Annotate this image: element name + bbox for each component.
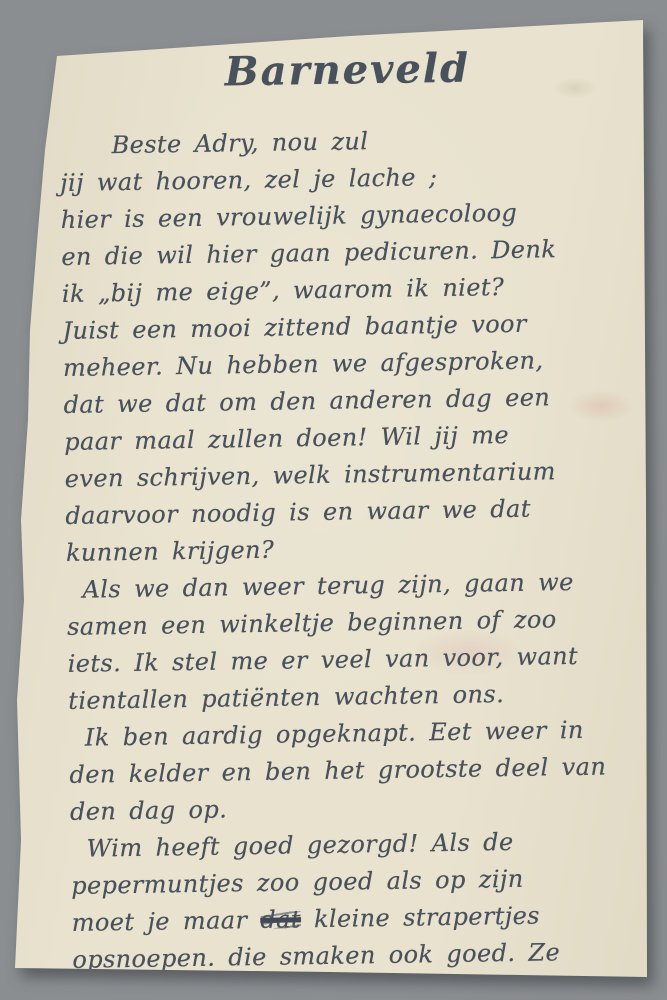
line-text: meheer. Nu hebben we afgesproken, <box>63 346 544 382</box>
letter-paper: Barneveld Beste Adry, nou zuljij wat hoo… <box>0 0 667 1000</box>
line-text: tientallen patiënten wachten ons. <box>68 680 504 715</box>
crossed-out-word: dat <box>260 905 301 934</box>
line-text: pepermuntjes zoo goed als op zijn <box>71 865 524 900</box>
letter-heading: Barneveld <box>58 37 637 104</box>
line-text: Als we dan weer terug zijn, gaan we <box>82 568 574 604</box>
line-text: paar maal zullen doen! Wil jij me <box>64 421 509 456</box>
letter-line: opsnoepen. die smaken ook goed. Ze <box>72 933 651 979</box>
letter-content: Barneveld Beste Adry, nou zuljij wat hoo… <box>58 37 651 979</box>
line-text: Ik ben aardig opgeknapt. Eet weer in <box>85 716 584 752</box>
line-text: dat we dat om den anderen dag een <box>63 383 550 419</box>
line-text: moet je maar <box>72 906 261 937</box>
line-text: hier is een vrouwelijk gynaecoloog <box>61 199 518 234</box>
line-text: even schrijven, welk instrumentarium <box>65 457 556 493</box>
line-text: Beste Adry, nou zul <box>111 127 368 159</box>
line-text: kleine strapertjes <box>301 902 540 934</box>
photo-background: Barneveld Beste Adry, nou zuljij wat hoo… <box>0 0 667 1000</box>
paper-shadow: Barneveld Beste Adry, nou zuljij wat hoo… <box>0 0 667 1000</box>
line-text: den kelder en ben het grootste deel van <box>69 752 606 788</box>
line-text: samen een winkeltje beginnen of zoo <box>67 605 557 641</box>
line-text: en die wil hier gaan pedicuren. Denk <box>61 235 556 271</box>
line-text: jij wat hooren, zel je lache ; <box>60 163 438 197</box>
line-text: ik „bij me eige”, waarom ik niet? <box>62 273 505 308</box>
line-text: Wim heeft goed gezorgd! Als de <box>86 828 513 863</box>
line-text: Juist een mooi zittend baantje voor <box>62 310 527 345</box>
line-text: opsnoepen. die smaken ook goed. Ze <box>72 938 560 974</box>
line-text: kunnen krijgen? <box>66 536 275 567</box>
letter-body: Beste Adry, nou zuljij wat hooren, zel j… <box>59 119 650 979</box>
line-text: iets. Ik stel me er veel van voor, want <box>67 642 578 678</box>
line-text: daarvoor noodig is en waar we dat <box>65 495 531 530</box>
line-text: den dag op. <box>70 795 228 825</box>
